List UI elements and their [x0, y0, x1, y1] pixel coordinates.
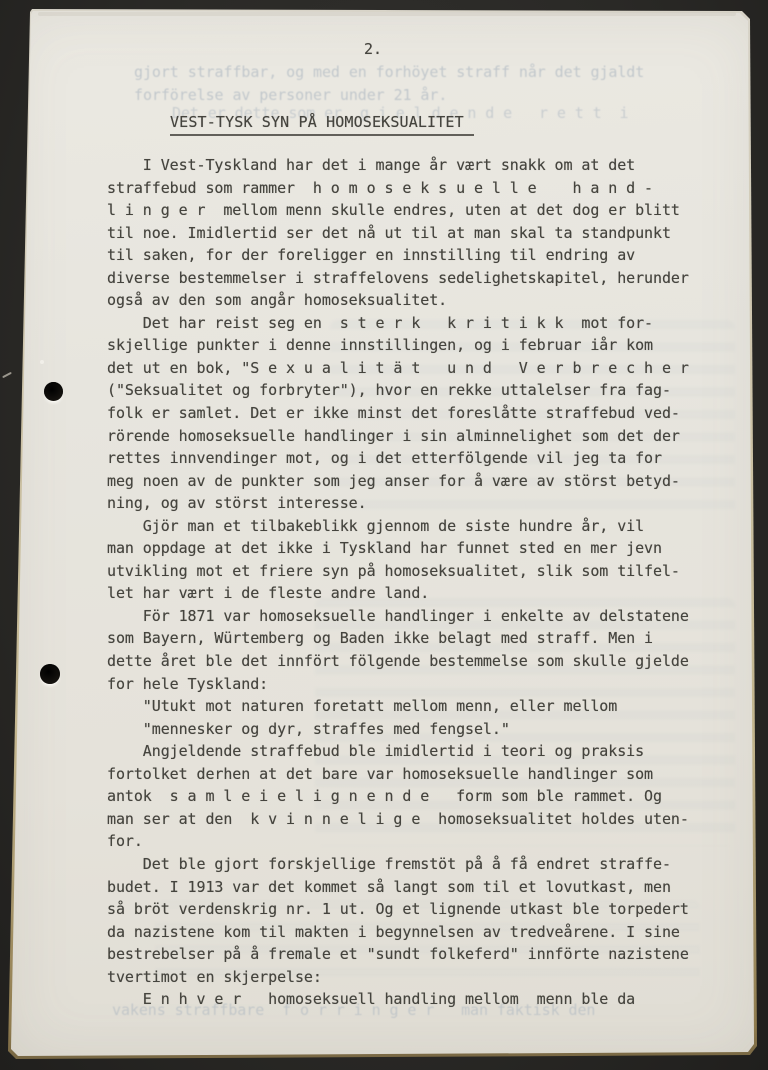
- body-line: man oppdage at det ikke i Tyskland har f…: [107, 537, 727, 560]
- body-line: folk er samlet. Det er ikke minst det fo…: [107, 402, 727, 425]
- body-line: ("Seksualitet og forbryter"), hvor en re…: [107, 379, 727, 402]
- punch-hole-top: [44, 382, 63, 401]
- body-line: diverse bestemmelser i straffelovens sed…: [107, 267, 727, 290]
- body-line: antok s a m l e i e l i g n e n d e form…: [107, 785, 727, 808]
- body-line: man ser at den k v i n n e l i g e homos…: [107, 808, 727, 831]
- body-line: Det ble gjort forskjellige fremstöt på å…: [107, 853, 727, 876]
- body-line: Gjör man et tilbakeblikk gjennom de sist…: [107, 515, 727, 538]
- body-line: Angjeldende straffebud ble imidlertid i …: [107, 740, 727, 763]
- body-line: straffebud som rammer h o m o s e k s u …: [107, 177, 727, 200]
- body-line: ning, og av störst interesse.: [107, 492, 727, 515]
- body-line: l i n g e r mellom menn skulle endres, u…: [107, 199, 727, 222]
- scan-scratch-mark: [2, 372, 12, 378]
- body-line: I Vest-Tyskland har det i mange år vært …: [107, 154, 727, 177]
- body-line: for.: [107, 830, 727, 853]
- body-line: skjellige punkter i denne innstillingen,…: [107, 334, 727, 357]
- body-line: da nazistene kom til makten i begynnelse…: [107, 921, 727, 944]
- body-line: som Bayern, Würtemberg og Baden ikke bel…: [107, 627, 727, 650]
- body-line: også av den som angår homoseksualitet.: [107, 289, 727, 312]
- body-line: rettes innvendinger mot, og i det etterf…: [107, 447, 727, 470]
- body-line: "mennesker og dyr, straffes med fengsel.…: [107, 718, 727, 741]
- body-line: Det har reist seg en s t e r k k r i t i…: [107, 312, 727, 335]
- body-line: fortolket derhen at det bare var homosek…: [107, 763, 727, 786]
- bleedthrough-line: gjort straffbar, og med en forhöyet stra…: [134, 63, 644, 81]
- body-text: I Vest-Tyskland har det i mange år vært …: [107, 154, 727, 1011]
- body-line: bestrebelser på å fremale et "sundt folk…: [107, 943, 727, 966]
- body-line: det ut en bok, "S e x u a l i t ä t u n …: [107, 357, 727, 380]
- body-line: För 1871 var homoseksuelle handlinger i …: [107, 605, 727, 628]
- body-line: til noe. Imidlertid ser det nå ut til at…: [107, 222, 727, 245]
- under-sheet-top-edge: [38, 12, 736, 16]
- document-heading: VEST-TYSK SYN PÅ HOMOSEKSUALITET: [170, 113, 474, 136]
- body-line: meg noen av de punkter som jeg anser for…: [107, 470, 727, 493]
- page-number: 2.: [364, 40, 382, 58]
- body-line: til saken, for der foreligger en innstil…: [107, 244, 727, 267]
- bleedthrough-line: forförelse av personer under 21 år.: [134, 86, 447, 104]
- body-line: så bröt verdenskrig nr. 1 ut. Og et lign…: [107, 898, 727, 921]
- body-line: utvikling mot et friere syn på homoseksu…: [107, 560, 727, 583]
- body-line: tvertimot en skjerpelse:: [107, 966, 727, 989]
- scanned-document-page: gjort straffbar, og med en forhöyet stra…: [0, 0, 768, 1070]
- body-line: rörende homoseksuelle handlinger i sin a…: [107, 425, 727, 448]
- body-line: budet. I 1913 var det kommet så langt so…: [107, 876, 727, 899]
- body-line: dette året ble det innfört fölgende best…: [107, 650, 727, 673]
- body-line: let har vært i de fleste andre land.: [107, 582, 727, 605]
- body-line: E n h v e r homoseksuell handling mellom…: [107, 988, 727, 1011]
- paper-speck: [40, 360, 44, 364]
- body-line: "Utukt mot naturen foretatt mellom menn,…: [107, 695, 727, 718]
- punch-hole-bottom: [40, 664, 60, 684]
- body-line: for hele Tyskland:: [107, 673, 727, 696]
